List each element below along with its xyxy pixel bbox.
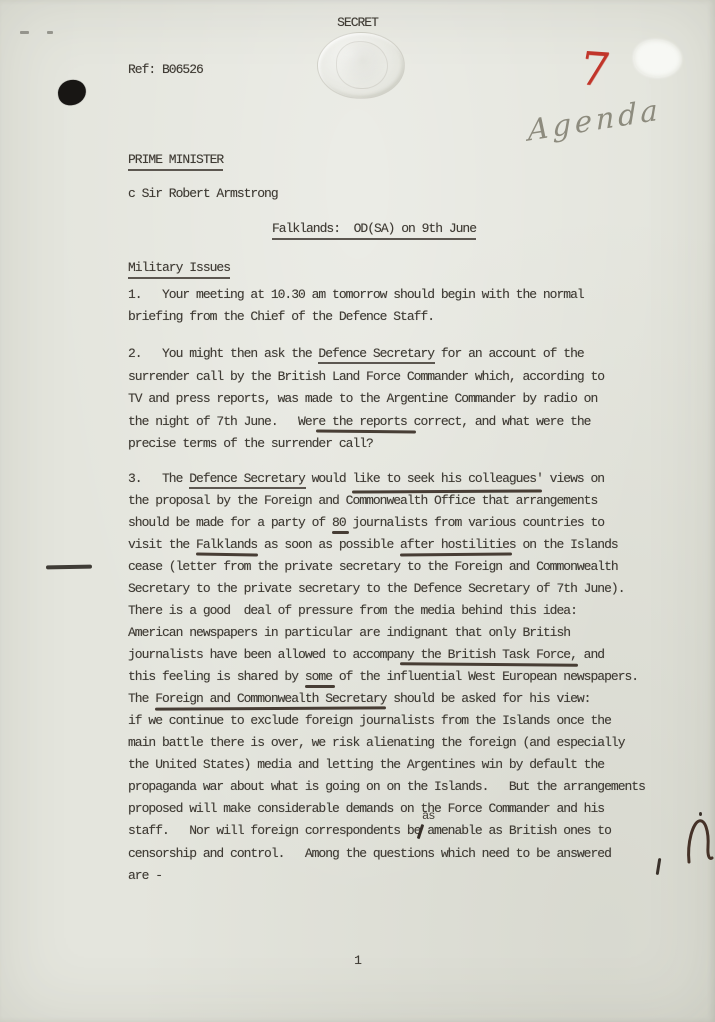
pen-dot-mark xyxy=(699,812,702,816)
typed-line: precise terms of the surrender call? xyxy=(128,436,373,452)
classification-label: SECRET xyxy=(0,15,715,31)
typed-underline xyxy=(128,277,230,279)
typed-line: 1. Your meeting at 10.30 am tomorrow sho… xyxy=(128,287,584,303)
scan-speck xyxy=(20,31,29,34)
ink-blot xyxy=(56,78,88,107)
typed-line: 2. You might then ask the Defence Secret… xyxy=(128,346,584,362)
typed-line: briefing from the Chief of the Defence S… xyxy=(128,309,434,325)
typed-line: proposed will make considerable demands … xyxy=(128,801,604,817)
typed-line: main battle there is over, we risk alien… xyxy=(128,735,625,751)
correction-fluid-blob xyxy=(634,40,681,77)
typed-line: There is a good deal of pressure from th… xyxy=(128,603,577,619)
margin-dash-mark xyxy=(46,565,92,570)
typed-line: censorship and control. Among the questi… xyxy=(128,846,611,862)
typed-line: propaganda war about what is going on on… xyxy=(128,779,645,795)
typed-line: the proposal by the Foreign and Commonwe… xyxy=(128,493,597,509)
typed-line: journalists have been allowed to accompa… xyxy=(128,647,604,663)
pencil-note: Agenda xyxy=(528,88,687,147)
crest-inner-relief xyxy=(336,41,388,89)
scanned-memo-page: SECRET Ref: B06526 7 Agenda PRIME MINIST… xyxy=(0,0,715,1022)
typed-line: TV and press reports, was made to the Ar… xyxy=(128,391,597,407)
recipient-line: PRIME MINISTER xyxy=(128,152,223,168)
pen-underline-mark xyxy=(305,685,335,688)
pen-underline-mark xyxy=(400,553,512,557)
typed-underline xyxy=(128,169,223,171)
scan-speck xyxy=(47,31,53,34)
typed-line: cease (letter from the private secretary… xyxy=(128,559,618,575)
margin-squiggle-mark xyxy=(684,816,715,868)
pen-underline-mark xyxy=(155,706,386,710)
typed-line: 3. The Defence Secretary would like to s… xyxy=(128,471,604,487)
typed-line: visit the Falklands as soon as possible … xyxy=(128,537,618,553)
reference-number: Ref: B06526 xyxy=(128,62,203,78)
typed-line: The Foreign and Commonwealth Secretary s… xyxy=(128,691,591,707)
typed-line: American newspapers in particular are in… xyxy=(128,625,570,641)
typed-line: this feeling is shared by some of the in… xyxy=(128,669,638,685)
typed-underline xyxy=(272,238,476,240)
typed-line: should be made for a party of 80 journal… xyxy=(128,515,604,531)
typed-line: if we continue to exclude foreign journa… xyxy=(128,713,611,729)
red-folio-number: 7 xyxy=(575,41,614,97)
typed-line: Secretary to the private secretary to th… xyxy=(128,581,625,597)
typed-underline xyxy=(189,487,306,489)
typed-insertion-word: as xyxy=(422,810,434,823)
pen-underline-mark xyxy=(332,531,349,534)
typed-line: the United States) media and letting the… xyxy=(128,757,604,773)
typed-line: the night of 7th June. Were the reports … xyxy=(128,414,591,430)
typed-underline xyxy=(318,362,435,364)
pen-underline-mark xyxy=(196,552,258,556)
document-title: Falklands: OD(SA) on 9th June xyxy=(272,221,476,237)
embossed-royal-crest xyxy=(317,32,405,99)
typed-line: surrender call by the British Land Force… xyxy=(128,369,604,385)
pen-underline-mark xyxy=(316,429,416,433)
typed-line: are - xyxy=(128,868,162,884)
section-heading: Military Issues xyxy=(128,260,230,276)
pen-underline-mark xyxy=(400,662,578,667)
margin-tick-mark xyxy=(656,858,662,875)
cc-line: c Sir Robert Armstrong xyxy=(128,186,278,202)
page-number: 1 xyxy=(0,953,715,969)
typed-line: staff. Nor will foreign correspondents b… xyxy=(128,823,611,839)
